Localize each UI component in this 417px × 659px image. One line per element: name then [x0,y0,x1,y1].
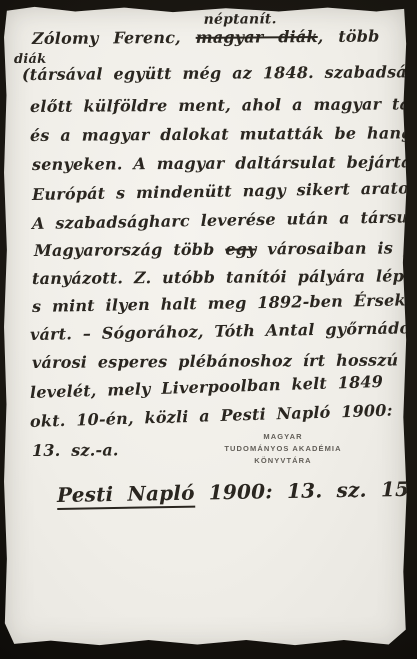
manuscript-line-3: előtt külföldre ment, ahol a magyar tánc… [30,94,417,116]
library-stamp: MAGYAR TUDOMÁNYOS AKADÉMIA KÖNYVTÁRA [224,431,342,467]
manuscript-line-4: és a magyar dalokat mutatták be hangver- [30,123,417,145]
manuscript-line-13: levelét, mely Liverpoolban kelt 1849 [30,372,384,402]
insertion-above-strike: néptanít. [204,11,277,28]
manuscript-line-11: várt. – Sógorához, Tóth Antal győrnádor- [30,318,417,344]
manuscript-line-12: városi esperes plébánoshoz írt hosszú [32,350,398,372]
stamp-line: KÖNYVTÁRA [224,455,342,467]
manuscript-line-10: s mint ilyen halt meg 1892-ben Érsekúj- [32,290,417,316]
struck-text: magyar diák [196,27,318,47]
manuscript-line-6: Európát s mindenütt nagy sikert aratott. [32,178,417,204]
manuscript-line-7: A szabadságharc leverése után a társulat [32,207,417,233]
citation-title: Pesti Napló [57,481,195,510]
manuscript-line-15: 13. sz.-a. [32,440,119,460]
handwritten-text: , több [318,27,380,46]
manuscript-line-2: (társával együtt még az 1848. szabadságh… [22,62,417,84]
manuscript-line-8: Magyarország több egy városaiban is fenn… [34,238,417,260]
handwritten-text: Zólomy Ferenc, [32,28,196,48]
manuscript-line-5: senyeken. A magyar daltársulat bejárta f… [32,152,417,174]
handwritten-text: városaiban is fenn- [256,238,417,258]
manuscript-line-1: Zólomy Ferenc, néptanít.magyar diák, töb… [32,27,380,48]
manuscript-line-9: tanyázott. Z. utóbb tanítói pályára lépe… [32,266,417,288]
citation-line: Pesti Napló 1900: 13. sz. 15. l. [57,476,417,507]
manuscript-line-14: okt. 10-én, közli a Pesti Napló 1900: [30,401,393,431]
struck-text: egy [225,239,256,258]
corrected-phrase: néptanít.magyar diák [196,27,318,47]
stamp-line: MAGYAR [224,431,342,443]
photo-background: Zólomy Ferenc, néptanít.magyar diák, töb… [0,0,417,659]
stamp-line: TUDOMÁNYOS AKADÉMIA [224,443,342,455]
note-card: Zólomy Ferenc, néptanít.magyar diák, töb… [2,5,409,649]
handwritten-text: Magyarország több [34,240,225,260]
citation-reference: 1900: 13. sz. 15. l. [194,476,417,504]
